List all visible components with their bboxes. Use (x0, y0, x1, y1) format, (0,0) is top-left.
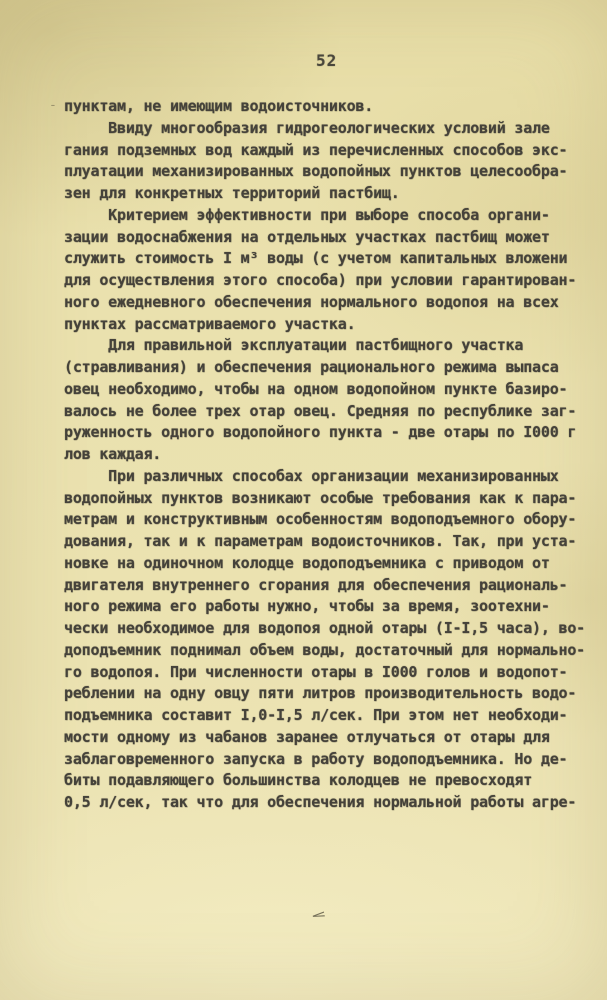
text-line: чески необходимое для водопоя одной отар… (64, 618, 604, 640)
text-line: водопойных пунктов возникают особые треб… (64, 488, 604, 510)
text-line: го водопоя. При численности отары в I000… (64, 662, 604, 684)
text-line: реблении на одну овцу пяти литров произв… (64, 683, 604, 705)
text-line: Ввиду многообразия гидрогеологических ус… (64, 118, 604, 140)
text-line: зации водоснабжения на отдельных участка… (64, 227, 604, 249)
text-line: для осуществления этого способа) при усл… (64, 270, 604, 292)
text-line: доподъемник поднимал объем воды, достато… (64, 640, 604, 662)
text-body: пунктам, не имеющим водоисточников. Ввид… (64, 96, 604, 814)
document-page: 52 - пунктам, не имеющим водоисточников.… (0, 0, 607, 1000)
text-line: подъемника составит I,0-I,5 л/сек. При э… (64, 705, 604, 727)
text-line: пунктах рассматриваемого участка. (64, 314, 604, 336)
pencil-mark: < (311, 908, 327, 922)
text-line: Для правильной эксплуатации пастбищного … (64, 335, 604, 357)
text-line: лов каждая. (64, 444, 604, 466)
text-line: При различных способах организации механ… (64, 466, 604, 488)
text-line: ного ежедневного обеспечения нормального… (64, 292, 604, 314)
text-line: новке на одиночном колодце водоподъемник… (64, 553, 604, 575)
text-line: служить стоимость I м³ воды (с учетом ка… (64, 248, 604, 270)
text-line: заблаговременного запуска в работу водоп… (64, 749, 604, 771)
text-line: (стравливания) и обеспечения рационально… (64, 357, 604, 379)
text-line: метрам и конструктивным особенностям вод… (64, 509, 604, 531)
margin-dash-mark: - (49, 98, 57, 113)
text-line: мости одному из чабанов заранее отлучать… (64, 727, 604, 749)
text-line: биты подавляющего большинства колодцев н… (64, 770, 604, 792)
text-line: валось не более трех отар овец. Средняя … (64, 401, 604, 423)
text-line: Критерием эффективности при выборе спосо… (64, 205, 604, 227)
text-line: ного режима его работы нужно, чтобы за в… (64, 596, 604, 618)
page-number: 52 (316, 51, 337, 70)
text-line: дования, так и к параметрам водоисточник… (64, 531, 604, 553)
text-line: руженность одного водопойного пункта - д… (64, 422, 604, 444)
text-line: 0,5 л/сек, так что для обеспечения норма… (64, 792, 604, 814)
text-line: пунктам, не имеющим водоисточников. (64, 96, 604, 118)
text-line: гания подземных вод каждый из перечислен… (64, 140, 604, 162)
text-line: зен для конкретных территорий пастбищ. (64, 183, 604, 205)
text-line: овец необходимо, чтобы на одном водопойн… (64, 379, 604, 401)
text-line: двигателя внутреннего сгорания для обесп… (64, 575, 604, 597)
text-line: плуатации механизированных водопойных пу… (64, 161, 604, 183)
